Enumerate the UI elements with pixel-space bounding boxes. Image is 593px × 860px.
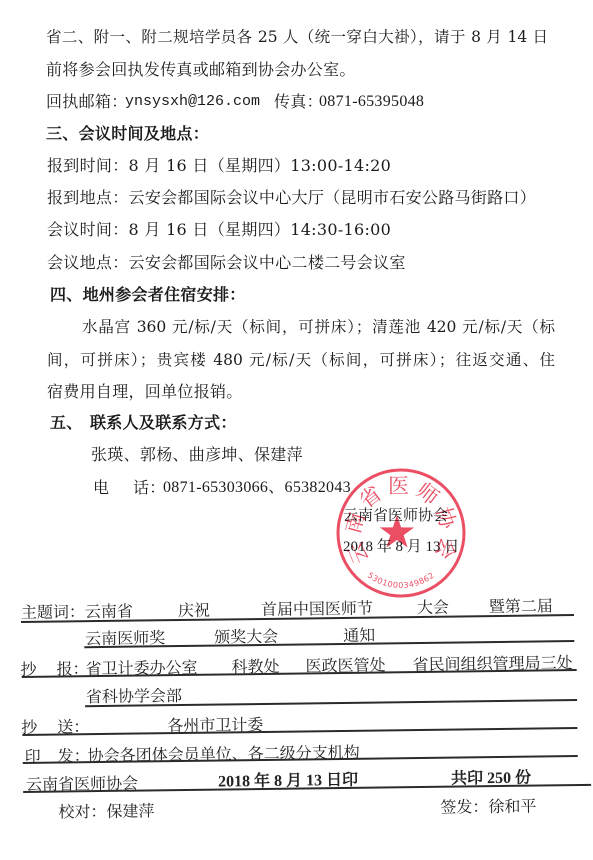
issuer-label: 签发： [440, 797, 488, 817]
report-recipient: 省卫计委办公室 [85, 657, 197, 680]
proofread-name: 保建萍 [106, 801, 154, 821]
copy-to-label-b: 送： [57, 716, 89, 738]
copy-to-label-a: 抄 [21, 717, 37, 739]
report-label-b: 报： [56, 658, 88, 680]
distribute-label-b: 发： [58, 745, 90, 767]
proofread-label: 校对： [58, 802, 106, 822]
report-recipient: 科教处 [231, 656, 279, 679]
report-label-a: 抄 [20, 659, 36, 681]
print-copies: 共印 250 份 [451, 768, 531, 791]
copy-to-value: 各州市卫计委 [167, 714, 263, 737]
report-recipient: 医政医管处 [305, 654, 385, 677]
distribute-label-a: 印 [25, 746, 41, 768]
issuer-row: 签发：徐和平 [440, 796, 536, 819]
seal-code-text: 5301000349862 [366, 571, 436, 590]
document-footer: 主题词： 云南省 庆祝 首届中国医师节 大会 暨第二届 云南医师奖 颁奖大会 通… [0, 0, 593, 860]
report-recipient: 省民间组织管理局三处 [412, 652, 572, 676]
official-seal-icon: 云南省医师协会 5301000349862 [333, 465, 469, 601]
print-date: 2018 年 8 月 13 日印 [218, 770, 358, 794]
print-org: 云南省医师协会 [26, 773, 138, 796]
issuer-name: 徐和平 [488, 797, 536, 817]
seal-star-icon [380, 515, 414, 548]
proofread-row: 校对：保建萍 [58, 800, 154, 823]
distribute-value: 协会各团体会员单位、各二级分支机构 [88, 742, 360, 767]
divider-line [22, 727, 577, 736]
